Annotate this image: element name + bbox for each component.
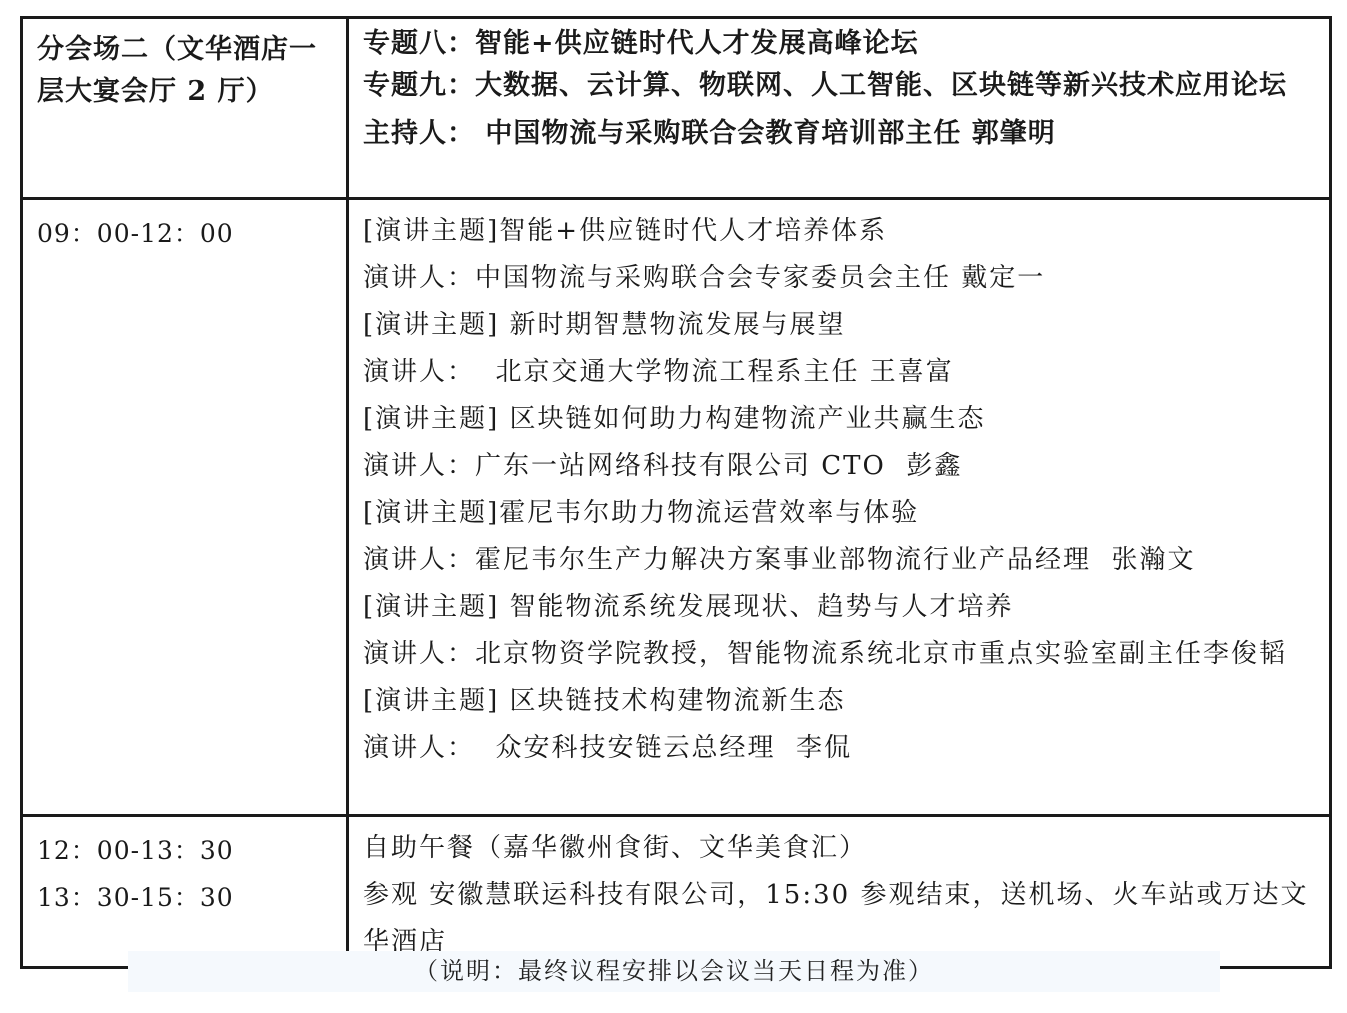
talk-topic: [演讲主题]霍尼韦尔助力物流运营效率与体验	[363, 490, 1315, 537]
afternoon-items-cell: 自助午餐（嘉华徽州食街、文华美食汇） 参观 安徽慧联运科技有限公司，15:30 …	[348, 816, 1331, 968]
morning-time: 09：00-12：00	[37, 219, 234, 248]
session-header-row: 分会场二（文华酒店一层大宴会厅 2 厅） 专题八：智能+供应链时代人才发展高峰论…	[22, 18, 1331, 199]
topic-nine-title: 专题九：大数据、云计算、物联网、人工智能、区块链等新兴技术应用论坛	[363, 65, 1315, 107]
talk-speaker: 演讲人：中国物流与采购联合会专家委员会主任 戴定一	[363, 255, 1315, 302]
talk-topic: [演讲主题] 新时期智慧物流发展与展望	[363, 302, 1315, 349]
afternoon-time-cell: 12：00-13：30 13：30-15：30	[22, 816, 348, 968]
footer-note-text: （说明：最终议程安排以会议当天日程为准）	[414, 957, 934, 985]
talk-speaker: 演讲人： 众安科技安链云总经理 李侃	[363, 725, 1315, 772]
talk-speaker: 演讲人： 北京交通大学物流工程系主任 王喜富	[363, 349, 1315, 396]
host-label: 主持人： 中国物流与采购联合会教育培训部主任 郭肇明	[363, 113, 1315, 155]
venue-cell: 分会场二（文华酒店一层大宴会厅 2 厅）	[22, 18, 348, 199]
lunch-time: 12：00-13：30	[37, 827, 332, 874]
talk-topic: [演讲主题] 智能物流系统发展现状、趋势与人才培养	[363, 584, 1315, 631]
afternoon-session-row: 12：00-13：30 13：30-15：30 自助午餐（嘉华徽州食街、文华美食…	[22, 816, 1331, 968]
talk-topic: [演讲主题] 区块链如何助力构建物流产业共赢生态	[363, 396, 1315, 443]
footer-note: （说明：最终议程安排以会议当天日程为准）	[128, 951, 1220, 992]
talk-speaker: 演讲人：霍尼韦尔生产力解决方案事业部物流行业产品经理 张瀚文	[363, 537, 1315, 584]
talk-speaker: 演讲人：广东一站网络科技有限公司 CTO 彭鑫	[363, 443, 1315, 490]
session-topics-cell: 专题八：智能+供应链时代人才发展高峰论坛 专题九：大数据、云计算、物联网、人工智…	[348, 18, 1331, 199]
morning-time-cell: 09：00-12：00	[22, 199, 348, 816]
venue-label: 分会场二（文华酒店一层大宴会厅 2 厅）	[37, 34, 317, 107]
talk-speaker: 演讲人：北京物资学院教授，智能物流系统北京市重点实验室副主任李俊韬	[363, 631, 1315, 678]
morning-session-row: 09：00-12：00 [演讲主题]智能+供应链时代人才培养体系 演讲人：中国物…	[22, 199, 1331, 816]
visit-time: 13：30-15：30	[37, 874, 332, 921]
agenda-table: 分会场二（文华酒店一层大宴会厅 2 厅） 专题八：智能+供应链时代人才发展高峰论…	[20, 16, 1332, 969]
lunch-item: 自助午餐（嘉华徽州食街、文华美食汇）	[363, 825, 1315, 872]
topic-eight-title: 专题八：智能+供应链时代人才发展高峰论坛	[363, 23, 1315, 65]
talk-topic: [演讲主题]智能+供应链时代人才培养体系	[363, 208, 1315, 255]
talk-topic: [演讲主题] 区块链技术构建物流新生态	[363, 678, 1315, 725]
morning-talks-cell: [演讲主题]智能+供应链时代人才培养体系 演讲人：中国物流与采购联合会专家委员会…	[348, 199, 1331, 816]
